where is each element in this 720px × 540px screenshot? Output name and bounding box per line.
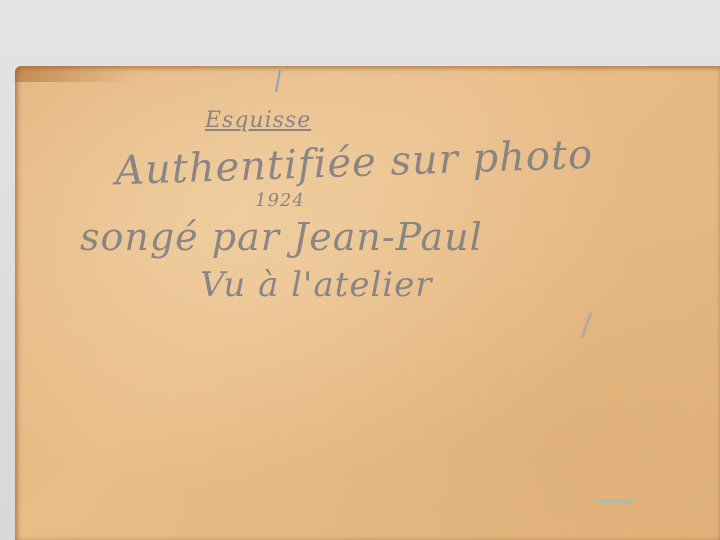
inscription-line: Esquisse [205, 108, 311, 133]
inscription-line: Vu à l'atelier [200, 265, 433, 305]
inscription-line: 1924 [255, 190, 305, 211]
green-smudge [595, 499, 633, 503]
inscription-line: songé par Jean-Paul [80, 215, 483, 259]
edge-stain [15, 66, 135, 82]
